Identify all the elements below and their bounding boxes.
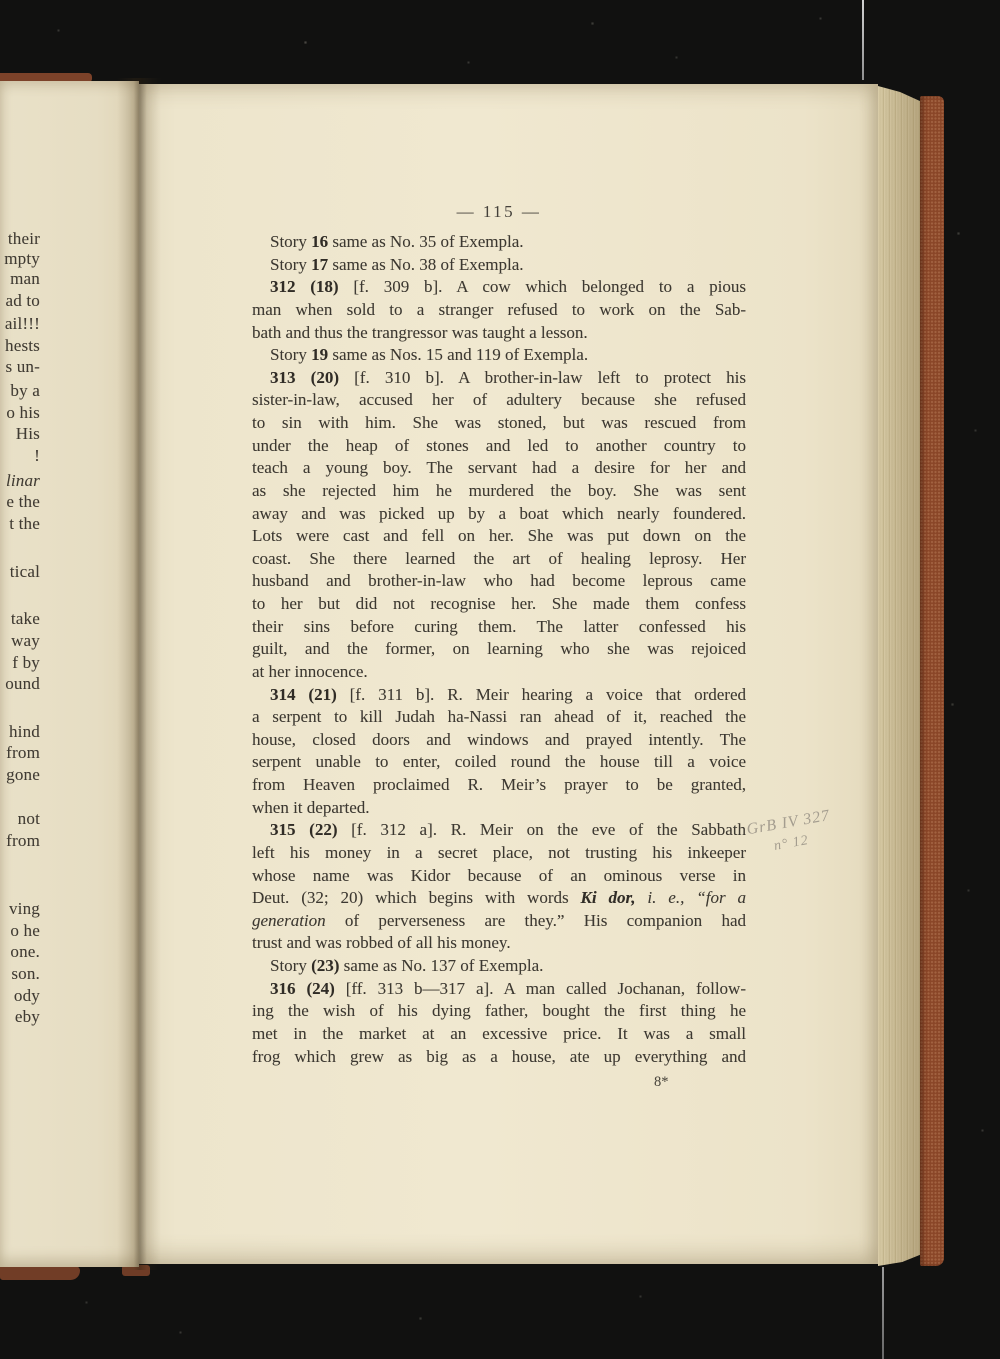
previous-page-text-fragment: hind — [9, 722, 40, 742]
text-segment: Story — [270, 255, 311, 274]
text-segment: teach a young boy. The servant had a des… — [252, 458, 746, 477]
text-segment: when it departed. — [252, 798, 370, 817]
text-line: at her innocence. — [252, 661, 746, 684]
text-segment: to sin with him. She was stoned, but was… — [252, 413, 746, 432]
text-line: away and was picked up by a boat which n… — [252, 503, 746, 526]
text-line: Story (23) same as No. 137 of Exempla. — [252, 955, 746, 978]
previous-page-text-fragment: o he — [10, 921, 40, 941]
previous-page-text-fragment: man — [10, 269, 40, 289]
text-line: 314 (21) [f. 311 b]. R. Meir hearing a v… — [252, 684, 746, 707]
text-line: house, closed doors and windows and pray… — [252, 729, 746, 752]
previous-page-text-fragment: ad to — [5, 291, 40, 311]
previous-page-text-fragment: s un- — [5, 357, 40, 377]
text-segment: left his money in a secret place, not tr… — [252, 843, 746, 862]
text-line: to her but did not recognise her. She ma… — [252, 593, 746, 616]
previous-page-text-fragment: linar — [6, 471, 40, 491]
text-segment: 316 (24) — [270, 979, 335, 998]
text-segment: [ff. 313 b—317 a]. A man called Jochanan… — [335, 979, 746, 998]
text-segment: Story — [270, 345, 311, 364]
previous-page-text-fragment: ail!!! — [5, 314, 40, 334]
text-line: Story 16 same as No. 35 of Exempla. — [252, 231, 746, 254]
text-segment: 312 (18) — [270, 277, 339, 296]
text-segment: under the heap of stones and led to anot… — [252, 436, 746, 455]
text-segment: same as Nos. 15 and 119 of Exempla. — [328, 345, 588, 364]
text-line: husband and brother-in-law who had becom… — [252, 570, 746, 593]
text-segment: bath and thus the trangressor was taught… — [252, 323, 588, 342]
text-segment: 19 — [311, 345, 328, 364]
text-line: to sin with him. She was stoned, but was… — [252, 412, 746, 435]
text-line: when it departed. — [252, 797, 746, 820]
story-text-block: Story 16 same as No. 35 of Exempla.Story… — [252, 231, 746, 1068]
text-line: Story 17 same as No. 38 of Exempla. — [252, 254, 746, 277]
previous-page-text-fragment: ving — [9, 899, 40, 919]
previous-page-text-fragment: ound — [5, 674, 40, 694]
text-segment: ing the wish of his dying father, bought… — [252, 1001, 746, 1020]
text-line: under the heap of stones and led to anot… — [252, 435, 746, 458]
text-segment: frog which grew as big as a house, ate u… — [252, 1047, 746, 1066]
text-line: coast. She there learned the art of heal… — [252, 548, 746, 571]
previous-page-text-fragment: from — [6, 743, 40, 763]
text-segment: i. e., “for a — [635, 888, 746, 907]
page-stack-fore-edge — [878, 86, 922, 1266]
previous-page-text-fragment: ! — [34, 446, 40, 466]
text-segment: house, closed doors and windows and pray… — [252, 730, 746, 749]
text-line: Story 19 same as Nos. 15 and 119 of Exem… — [252, 344, 746, 367]
text-line: sister-in-law, accused her of adultery b… — [252, 389, 746, 412]
text-segment: 313 (20) — [270, 368, 339, 387]
text-segment: [f. 311 b]. R. Meir hearing a voice that… — [337, 685, 746, 704]
text-segment: trust and was robbed of all his money. — [252, 933, 511, 952]
previous-page-text-fragment: eby — [15, 1007, 40, 1027]
text-segment: met in the market at an excessive price.… — [252, 1024, 746, 1043]
text-segment: Deut. (32; 20) which begins with words — [252, 888, 581, 907]
text-line: trust and was robbed of all his money. — [252, 932, 746, 955]
text-segment: a serpent to kill Judah ha-Nassi ran ahe… — [252, 707, 746, 726]
text-segment: their sins before curing them. The latte… — [252, 617, 746, 636]
text-line: ing the wish of his dying father, bought… — [252, 1000, 746, 1023]
previous-page-text-fragment: from — [6, 831, 40, 851]
previous-page-text-fragment: t the — [9, 514, 40, 534]
dust-specks — [0, 0, 1, 1]
text-line: guilt, and the former, on learning who s… — [252, 638, 746, 661]
previous-page-text-fragment: their — [8, 229, 40, 249]
text-line: their sins before curing them. The latte… — [252, 616, 746, 639]
previous-page-text-fragment: son. — [11, 964, 40, 984]
text-segment: guilt, and the former, on learning who s… — [252, 639, 746, 658]
book-cover-board — [920, 96, 944, 1266]
text-segment: of perverseness are they.” His companion… — [326, 911, 746, 930]
previous-page-text-fragment: one. — [10, 942, 40, 962]
text-line: Lots were cast and fell on her. She was … — [252, 525, 746, 548]
previous-page-text-fragment: f by — [12, 653, 40, 673]
text-segment: (23) — [311, 956, 339, 975]
previous-page-text-fragment: His — [16, 424, 40, 444]
text-line: Deut. (32; 20) which begins with words K… — [252, 887, 746, 910]
previous-page-text-fragment: tical — [10, 562, 40, 582]
text-line: 315 (22) [f. 312 a]. R. Meir on the eve … — [252, 819, 746, 842]
text-line: teach a young boy. The servant had a des… — [252, 457, 746, 480]
printer-signature-mark: 8* — [654, 1074, 669, 1091]
previous-page-text-fragment: hests — [5, 336, 40, 356]
text-segment: Story — [270, 232, 311, 251]
previous-page-text-fragment: o his — [6, 403, 40, 423]
text-segment: 16 — [311, 232, 328, 251]
text-segment: at her innocence. — [252, 662, 368, 681]
previous-page-text-fragment: not — [18, 809, 40, 829]
text-segment: 17 — [311, 255, 328, 274]
text-line: as she rejected him he murdered the boy.… — [252, 480, 746, 503]
text-line: 313 (20) [f. 310 b]. A brother-in-law le… — [252, 367, 746, 390]
text-segment: 315 (22) — [270, 820, 337, 839]
previous-page-text-fragment: take — [11, 609, 40, 629]
text-line: generation of perverseness are they.” Hi… — [252, 910, 746, 933]
text-segment: same as No. 137 of Exempla. — [339, 956, 543, 975]
text-segment: away and was picked up by a boat which n… — [252, 504, 746, 523]
previous-page-text-fragment: e the — [6, 492, 40, 512]
cover-edge-bottom-left — [0, 1266, 80, 1280]
text-segment: generation — [252, 911, 326, 930]
previous-page-text-fragment: gone — [6, 765, 40, 785]
text-segment: [f. 310 b]. A brother-in-law left to pro… — [339, 368, 746, 387]
cradle-wire-bottom — [882, 1267, 884, 1359]
page-number: — 115 — — [252, 202, 746, 222]
text-segment: 314 (21) — [270, 685, 337, 704]
text-segment: sister-in-law, accused her of adultery b… — [252, 390, 746, 409]
text-segment: Lots were cast and fell on her. She was … — [252, 526, 746, 545]
handwritten-marginalia: GrB IV 327 n° 12 — [745, 805, 835, 861]
book-scan-photo: theirmptymanad toail!!!hestss un-by ao h… — [0, 0, 1000, 1359]
cradle-wire-top — [862, 0, 864, 80]
text-segment: whose name was Kidor because of an omino… — [252, 866, 746, 885]
text-line: met in the market at an excessive price.… — [252, 1023, 746, 1046]
text-line: frog which grew as big as a house, ate u… — [252, 1046, 746, 1069]
text-segment: same as No. 38 of Exempla. — [328, 255, 523, 274]
text-segment: [f. 309 b]. A cow which belonged to a pi… — [339, 277, 746, 296]
text-line: serpent unable to enter, coiled round th… — [252, 751, 746, 774]
previous-page-text-fragment: ody — [14, 986, 40, 1006]
text-segment: to her but did not recognise her. She ma… — [252, 594, 746, 613]
previous-page-edge: theirmptymanad toail!!!hestss un-by ao h… — [0, 81, 139, 1267]
text-line: left his money in a secret place, not tr… — [252, 842, 746, 865]
text-segment: [f. 312 a]. R. Meir on the eve of the Sa… — [337, 820, 746, 839]
text-line: man when sold to a stranger refused to w… — [252, 299, 746, 322]
book-page: — 115 — Story 16 same as No. 35 of Exemp… — [139, 84, 878, 1264]
text-segment: Story — [270, 956, 311, 975]
text-segment: husband and brother-in-law who had becom… — [252, 571, 746, 590]
text-segment: from Heaven proclaimed R. Meir’s prayer … — [252, 775, 746, 794]
text-line: 316 (24) [ff. 313 b—317 a]. A man called… — [252, 978, 746, 1001]
text-line: bath and thus the trangressor was taught… — [252, 322, 746, 345]
text-segment: as she rejected him he murdered the boy.… — [252, 481, 746, 500]
text-segment: coast. She there learned the art of heal… — [252, 549, 746, 568]
text-line: a serpent to kill Judah ha-Nassi ran ahe… — [252, 706, 746, 729]
text-line: from Heaven proclaimed R. Meir’s prayer … — [252, 774, 746, 797]
text-segment: Ki dor, — [581, 888, 636, 907]
previous-page-text-fragment: by a — [10, 381, 40, 401]
text-segment: serpent unable to enter, coiled round th… — [252, 752, 746, 771]
previous-page-text-fragment: way — [11, 631, 40, 651]
text-segment: same as No. 35 of Exempla. — [328, 232, 523, 251]
text-line: whose name was Kidor because of an omino… — [252, 865, 746, 888]
text-segment: man when sold to a stranger refused to w… — [252, 300, 746, 319]
text-line: 312 (18) [f. 309 b]. A cow which belonge… — [252, 276, 746, 299]
previous-page-text-fragment: mpty — [4, 249, 40, 269]
